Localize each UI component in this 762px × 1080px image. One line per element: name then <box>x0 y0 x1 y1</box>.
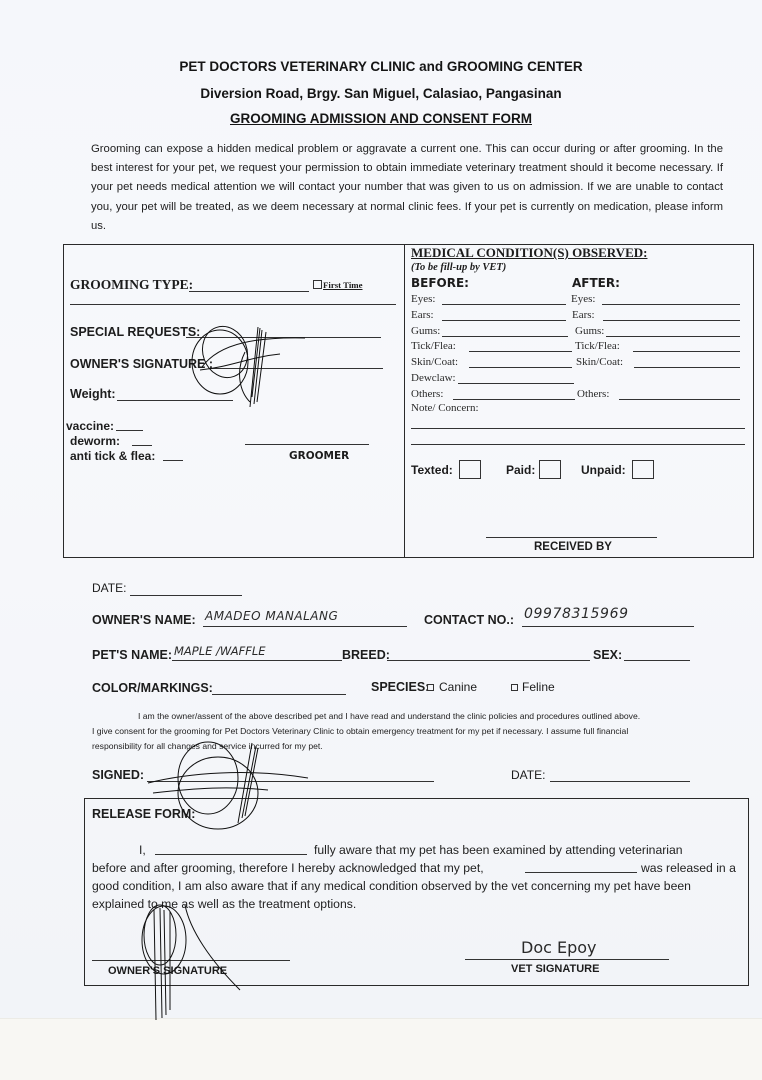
feline-checkbox[interactable] <box>511 684 518 691</box>
after-field-line[interactable] <box>602 304 740 305</box>
contact-field[interactable] <box>522 626 694 627</box>
sex-label: SEX: <box>593 648 622 662</box>
received-by-line[interactable] <box>486 537 657 538</box>
anti-tick-label: anti tick & flea: <box>70 449 155 463</box>
pet-name-value: MAPLE /WAFFLE <box>174 644 266 658</box>
date-field[interactable] <box>130 595 242 596</box>
clinic-address: Diversion Road, Brgy. San Miguel, Calasi… <box>0 86 762 101</box>
texted-label: Texted: <box>411 463 453 477</box>
pet-name-field[interactable] <box>172 660 342 661</box>
before-field-label: Others: <box>411 388 443 400</box>
canine-label: Canine <box>439 680 477 694</box>
after-label: AFTER: <box>572 276 620 290</box>
consent-date-label: DATE: <box>511 768 545 782</box>
clinic-name: PET DOCTORS VETERINARY CLINIC and GROOMI… <box>0 59 762 74</box>
unpaid-label: Unpaid: <box>581 463 626 477</box>
before-label: BEFORE: <box>411 276 469 290</box>
release-text-2b: was released in a <box>641 859 736 877</box>
pet-name-label: PET'S NAME: <box>92 648 172 662</box>
form-title: GROOMING ADMISSION AND CONSENT FORM <box>0 111 762 126</box>
before-field-line[interactable] <box>442 320 566 321</box>
contact-value: 09978315969 <box>524 606 629 622</box>
species-label: SPECIES: <box>371 680 429 694</box>
after-field-line[interactable] <box>634 367 740 368</box>
texted-checkbox[interactable] <box>459 460 481 479</box>
after-field-label: Ears: <box>572 309 595 321</box>
before-field-line[interactable] <box>453 399 575 400</box>
box-divider <box>404 244 405 558</box>
after-field-line[interactable] <box>633 351 740 352</box>
release-text-1: fully aware that my pet has been examine… <box>314 841 683 859</box>
feline-label: Feline <box>522 680 555 694</box>
deworm-field[interactable] <box>132 445 152 446</box>
before-field-line[interactable] <box>442 336 568 337</box>
after-field-label: Gums: <box>575 325 604 337</box>
grooming-type-field[interactable] <box>189 291 309 292</box>
vet-signature-line[interactable] <box>465 959 669 960</box>
unpaid-checkbox[interactable] <box>632 460 654 479</box>
before-field-line[interactable] <box>442 304 566 305</box>
canine-checkbox[interactable] <box>427 684 434 691</box>
first-time-checkbox[interactable] <box>313 280 322 289</box>
after-field-line[interactable] <box>603 320 740 321</box>
consent-line-2: I give consent for the grooming for Pet … <box>92 723 628 739</box>
after-field-label: Eyes: <box>571 293 595 305</box>
release-text-2a: before and after grooming, therefore I h… <box>92 859 484 877</box>
owner-signature-scribble-3 <box>130 900 250 1030</box>
contact-label: CONTACT NO.: <box>424 613 514 627</box>
paid-label: Paid: <box>506 463 535 477</box>
date-label: DATE: <box>92 581 126 595</box>
before-field-line[interactable] <box>469 367 572 368</box>
consent-date-field[interactable] <box>550 781 690 782</box>
after-field-label: Tick/Flea: <box>575 340 620 352</box>
medical-subtitle: (To be fill-up by VET) <box>411 262 506 273</box>
before-field-label: Eyes: <box>411 293 435 305</box>
vet-signature-label: VET SIGNATURE <box>511 963 599 975</box>
note-line-2[interactable] <box>411 444 745 445</box>
vaccine-label: vaccine: <box>66 419 114 433</box>
paid-checkbox[interactable] <box>539 460 561 479</box>
before-field-line[interactable] <box>469 351 572 352</box>
after-field-label: Others: <box>577 388 609 400</box>
consent-line-1: I am the owner/assent of the above descr… <box>138 708 640 724</box>
anti-tick-field[interactable] <box>163 460 183 461</box>
owner-name-value: AMADEO MANALANG <box>205 609 338 623</box>
before-field-label: Dewclaw: <box>411 372 456 384</box>
scanner-bed <box>0 1018 762 1080</box>
note-line-1[interactable] <box>411 428 745 429</box>
release-text-i: I, <box>139 841 146 859</box>
color-markings-field[interactable] <box>212 694 346 695</box>
weight-label: Weight: <box>70 387 116 401</box>
deworm-label: deworm: <box>70 434 120 448</box>
release-pet-name-field[interactable] <box>525 872 637 873</box>
breed-label: BREED: <box>342 648 390 662</box>
owner-name-field[interactable] <box>203 626 407 627</box>
color-markings-label: COLOR/MARKINGS: <box>92 681 213 695</box>
signed-label: SIGNED: <box>92 768 144 782</box>
breed-field[interactable] <box>387 660 590 661</box>
vet-signature-value: Doc Epoy <box>521 938 597 957</box>
release-text-3: good condition, I am also aware that if … <box>92 877 691 895</box>
vaccine-field[interactable] <box>116 430 143 431</box>
after-field-line[interactable] <box>606 336 740 337</box>
grooming-type-extra-line[interactable] <box>70 304 396 305</box>
medical-title: MEDICAL CONDITION(S) OBSERVED: <box>411 245 647 261</box>
first-time-label: First Time <box>323 280 363 290</box>
intro-paragraph: Grooming can expose a hidden medical pro… <box>91 140 723 236</box>
release-owner-name-field[interactable] <box>155 854 307 855</box>
groomer-label: GROOMER <box>289 450 349 462</box>
owner-name-label: OWNER'S NAME: <box>92 613 196 627</box>
note-label: Note/ Concern: <box>411 402 479 414</box>
groomer-signature-line[interactable] <box>245 444 369 445</box>
sex-field[interactable] <box>624 660 690 661</box>
before-field-label: Gums: <box>411 325 440 337</box>
grooming-type-label: GROOMING TYPE: <box>70 277 193 293</box>
after-field-label: Skin/Coat: <box>576 356 623 368</box>
before-field-label: Tick/Flea: <box>411 340 456 352</box>
owner-signature-scribble-1 <box>180 312 310 412</box>
owner-signature-scribble-2 <box>148 738 298 838</box>
received-by-label: RECEIVED BY <box>534 541 612 553</box>
before-field-label: Skin/Coat: <box>411 356 458 368</box>
before-field-label: Ears: <box>411 309 434 321</box>
after-field-line[interactable] <box>619 399 740 400</box>
before-field-line[interactable] <box>458 383 574 384</box>
